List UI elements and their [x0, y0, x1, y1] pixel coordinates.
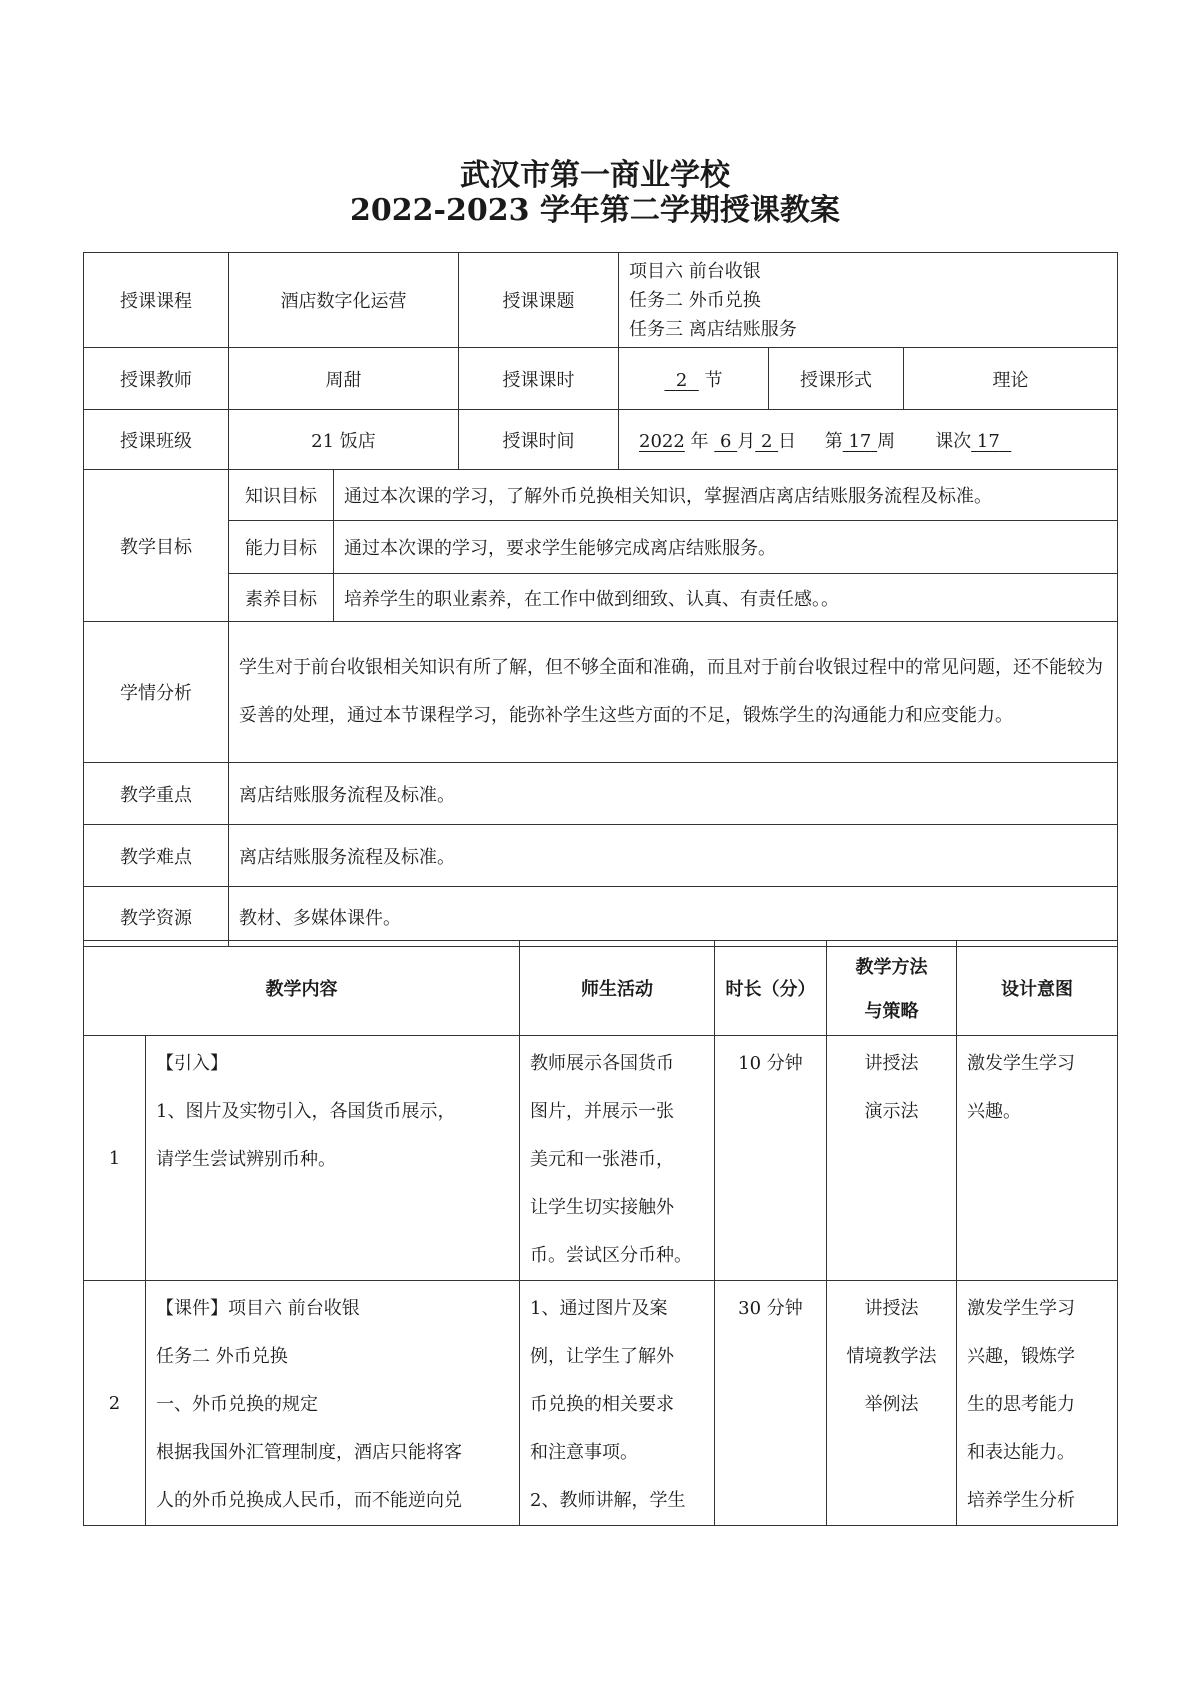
objective-label: 能力目标	[229, 521, 334, 574]
resources-label: 教学资源	[84, 887, 229, 947]
row-activity: 教师展示各国货币 图片，并展示一张 美元和一张港币， 让学生切实接触外 币。尝试…	[520, 1036, 715, 1281]
topic-line: 项目六 前台收银	[629, 257, 1107, 286]
class-value: 21 饭店	[229, 410, 459, 470]
header-method: 教学方法 与策略	[827, 941, 957, 1036]
session-label: 课次	[935, 431, 971, 452]
row-number: 2	[84, 1281, 146, 1526]
hours-number: 2	[664, 370, 698, 391]
plan-header-row: 教学内容 师生活动 时长（分） 教学方法 与策略 设计意图	[84, 941, 1118, 1036]
topic-label: 授课课题	[459, 253, 619, 348]
resources-text: 教材、多媒体课件。	[229, 887, 1118, 947]
year-unit: 年	[691, 431, 709, 452]
time-value: 2022 年 6 月 2 日 第 17 周 课次 17	[619, 410, 1118, 470]
header-content: 教学内容	[84, 941, 520, 1036]
week: 17	[843, 431, 877, 452]
session: 17	[971, 431, 1011, 452]
day-unit: 日	[778, 431, 796, 452]
row-duration: 10 分钟	[715, 1036, 827, 1281]
day: 2	[755, 431, 778, 452]
key-point-text: 离店结账服务流程及标准。	[229, 763, 1118, 825]
analysis-label: 学情分析	[84, 622, 229, 763]
week-prefix: 第	[825, 431, 843, 452]
plan-table: 教学内容 师生活动 时长（分） 教学方法 与策略 设计意图 1 【引入】 1、图…	[83, 940, 1118, 1526]
table-row: 1 【引入】 1、图片及实物引入，各国货币展示， 请学生尝试辨别币种。 教师展示…	[84, 1036, 1118, 1281]
topic-value: 项目六 前台收银 任务二 外币兑换 任务三 离店结账服务	[619, 253, 1118, 348]
teacher-value: 周甜	[229, 348, 459, 410]
objective-label: 素养目标	[229, 574, 334, 622]
analysis-text: 学生对于前台收银相关知识有所了解，但不够全面和准确，而且对于前台收银过程中的常见…	[229, 622, 1118, 763]
year: 2022	[639, 431, 685, 452]
document-title: 2022-2023 学年第二学期授课教案	[0, 185, 1190, 229]
hours-value: 2 节	[619, 348, 769, 410]
hours-unit: 节	[705, 370, 723, 391]
header-activity: 师生活动	[520, 941, 715, 1036]
month: 6	[714, 431, 737, 452]
difficulty-label: 教学难点	[84, 825, 229, 887]
teacher-label: 授课教师	[84, 348, 229, 410]
info-table: 授课课程 酒店数字化运营 授课课题 项目六 前台收银 任务二 外币兑换 任务三 …	[83, 252, 1118, 470]
row-content: 【课件】项目六 前台收银 任务二 外币兑换 一、外币兑换的规定 根据我国外汇管理…	[146, 1281, 520, 1526]
objective-text: 培养学生的职业素养，在工作中做到细致、认真、有责任感。。	[334, 574, 1118, 622]
key-point-label: 教学重点	[84, 763, 229, 825]
row-intent: 激发学生学习 兴趣。	[957, 1036, 1118, 1281]
month-unit: 月	[737, 431, 755, 452]
hours-label: 授课课时	[459, 348, 619, 410]
topic-line: 任务二 外币兑换	[629, 286, 1107, 315]
objective-label: 知识目标	[229, 470, 334, 521]
objective-text: 通过本次课的学习，了解外币兑换相关知识，掌握酒店离店结账服务流程及标准。	[334, 470, 1118, 521]
row-intent: 激发学生学习 兴趣，锻炼学 生的思考能力 和表达能力。 培养学生分析	[957, 1281, 1118, 1526]
week-unit: 周	[877, 431, 895, 452]
row-methods: 讲授法 演示法	[827, 1036, 957, 1281]
header-duration: 时长（分）	[715, 941, 827, 1036]
row-duration: 30 分钟	[715, 1281, 827, 1526]
difficulty-text: 离店结账服务流程及标准。	[229, 825, 1118, 887]
header-intent: 设计意图	[957, 941, 1118, 1036]
course-value: 酒店数字化运营	[229, 253, 459, 348]
form-value: 理论	[904, 348, 1118, 410]
time-label: 授课时间	[459, 410, 619, 470]
row-methods: 讲授法 情境教学法 举例法	[827, 1281, 957, 1526]
row-number: 1	[84, 1036, 146, 1281]
row-content: 【引入】 1、图片及实物引入，各国货币展示， 请学生尝试辨别币种。	[146, 1036, 520, 1281]
class-label: 授课班级	[84, 410, 229, 470]
form-label: 授课形式	[769, 348, 904, 410]
topic-line: 任务三 离店结账服务	[629, 315, 1107, 344]
objectives-table: 教学目标 知识目标 通过本次课的学习，了解外币兑换相关知识，掌握酒店离店结账服务…	[83, 469, 1118, 947]
table-row: 2 【课件】项目六 前台收银 任务二 外币兑换 一、外币兑换的规定 根据我国外汇…	[84, 1281, 1118, 1526]
row-activity: 1、通过图片及案 例，让学生了解外 币兑换的相关要求 和注意事项。 2、教师讲解…	[520, 1281, 715, 1526]
objective-text: 通过本次课的学习，要求学生能够完成离店结账服务。	[334, 521, 1118, 574]
course-label: 授课课程	[84, 253, 229, 348]
objectives-label: 教学目标	[84, 470, 229, 622]
